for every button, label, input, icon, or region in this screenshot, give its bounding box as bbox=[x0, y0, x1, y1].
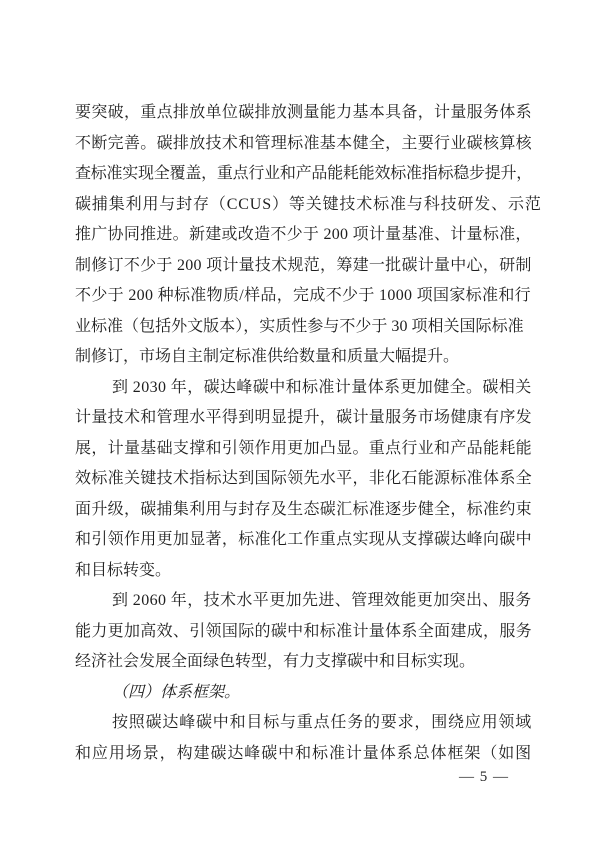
text-line: 业标准（包括外文版本），实质性参与不少于 30 项相关国际标准 bbox=[75, 312, 532, 343]
text-line: 查标准实现全覆盖，重点行业和产品能耗能效标准指标稳步提升， bbox=[75, 159, 532, 190]
text-line: 和引领作用更加显著，标准化工作重点实现从支撑碳达峰向碳中 bbox=[75, 525, 532, 556]
text-line: 不少于 200 种标准物质/样品，完成不少于 1000 项国家标准和行 bbox=[75, 281, 532, 312]
text-line: 展，计量基础支撑和引领作用更加凸显。重点行业和产品能耗能 bbox=[75, 434, 532, 465]
text-line: 效标准关键技术指标达到国际领先水平，非化石能源标准体系全 bbox=[75, 464, 532, 495]
text-line: 到 2030 年，碳达峰碳中和标准计量体系更加健全。碳相关 bbox=[75, 373, 532, 404]
text-line: （四）体系框架。 bbox=[75, 678, 532, 709]
page-number-label: — 5 — bbox=[459, 769, 509, 785]
text-line: 不断完善。碳排放技术和管理标准基本健全，主要行业碳核算核 bbox=[75, 129, 532, 160]
text-line: 和应用场景，构建碳达峰碳中和标准计量体系总体框架（如图 bbox=[75, 739, 532, 770]
text-line: 经济社会发展全面绿色转型，有力支撑碳中和目标实现。 bbox=[75, 647, 532, 678]
text-line: 到 2060 年，技术水平更加先进、管理效能更加突出、服务 bbox=[75, 586, 532, 617]
text-line: 和目标转变。 bbox=[75, 556, 532, 587]
text-line: 制修订不少于 200 项计量技术规范，筹建一批碳计量中心，研制 bbox=[75, 251, 532, 282]
document-page: 要突破，重点排放单位碳排放测量能力基本具备，计量服务体系不断完善。碳排放技术和管… bbox=[0, 0, 600, 848]
text-line: 制修订，市场自主制定标准供给数量和质量大幅提升。 bbox=[75, 342, 532, 373]
text-line: 计量技术和管理水平得到明显提升，碳计量服务市场健康有序发 bbox=[75, 403, 532, 434]
text-line: 按照碳达峰碳中和目标与重点任务的要求，围绕应用领域 bbox=[75, 708, 532, 739]
text-line: 碳捕集利用与封存（CCUS）等关键技术标准与科技研发、示范 bbox=[75, 190, 532, 221]
document-body: 要突破，重点排放单位碳排放测量能力基本具备，计量服务体系不断完善。碳排放技术和管… bbox=[75, 98, 532, 769]
text-line: 要突破，重点排放单位碳排放测量能力基本具备，计量服务体系 bbox=[75, 98, 532, 129]
text-line: 面升级，碳捕集利用与封存及生态碳汇标准逐步健全，标准约束 bbox=[75, 495, 532, 526]
text-line: 推广协同推进。新建或改造不少于 200 项计量基准、计量标准， bbox=[75, 220, 532, 251]
text-line: 能力更加高效、引领国际的碳中和标准计量体系全面建成，服务 bbox=[75, 617, 532, 648]
page-number: — 5 — bbox=[452, 769, 516, 786]
